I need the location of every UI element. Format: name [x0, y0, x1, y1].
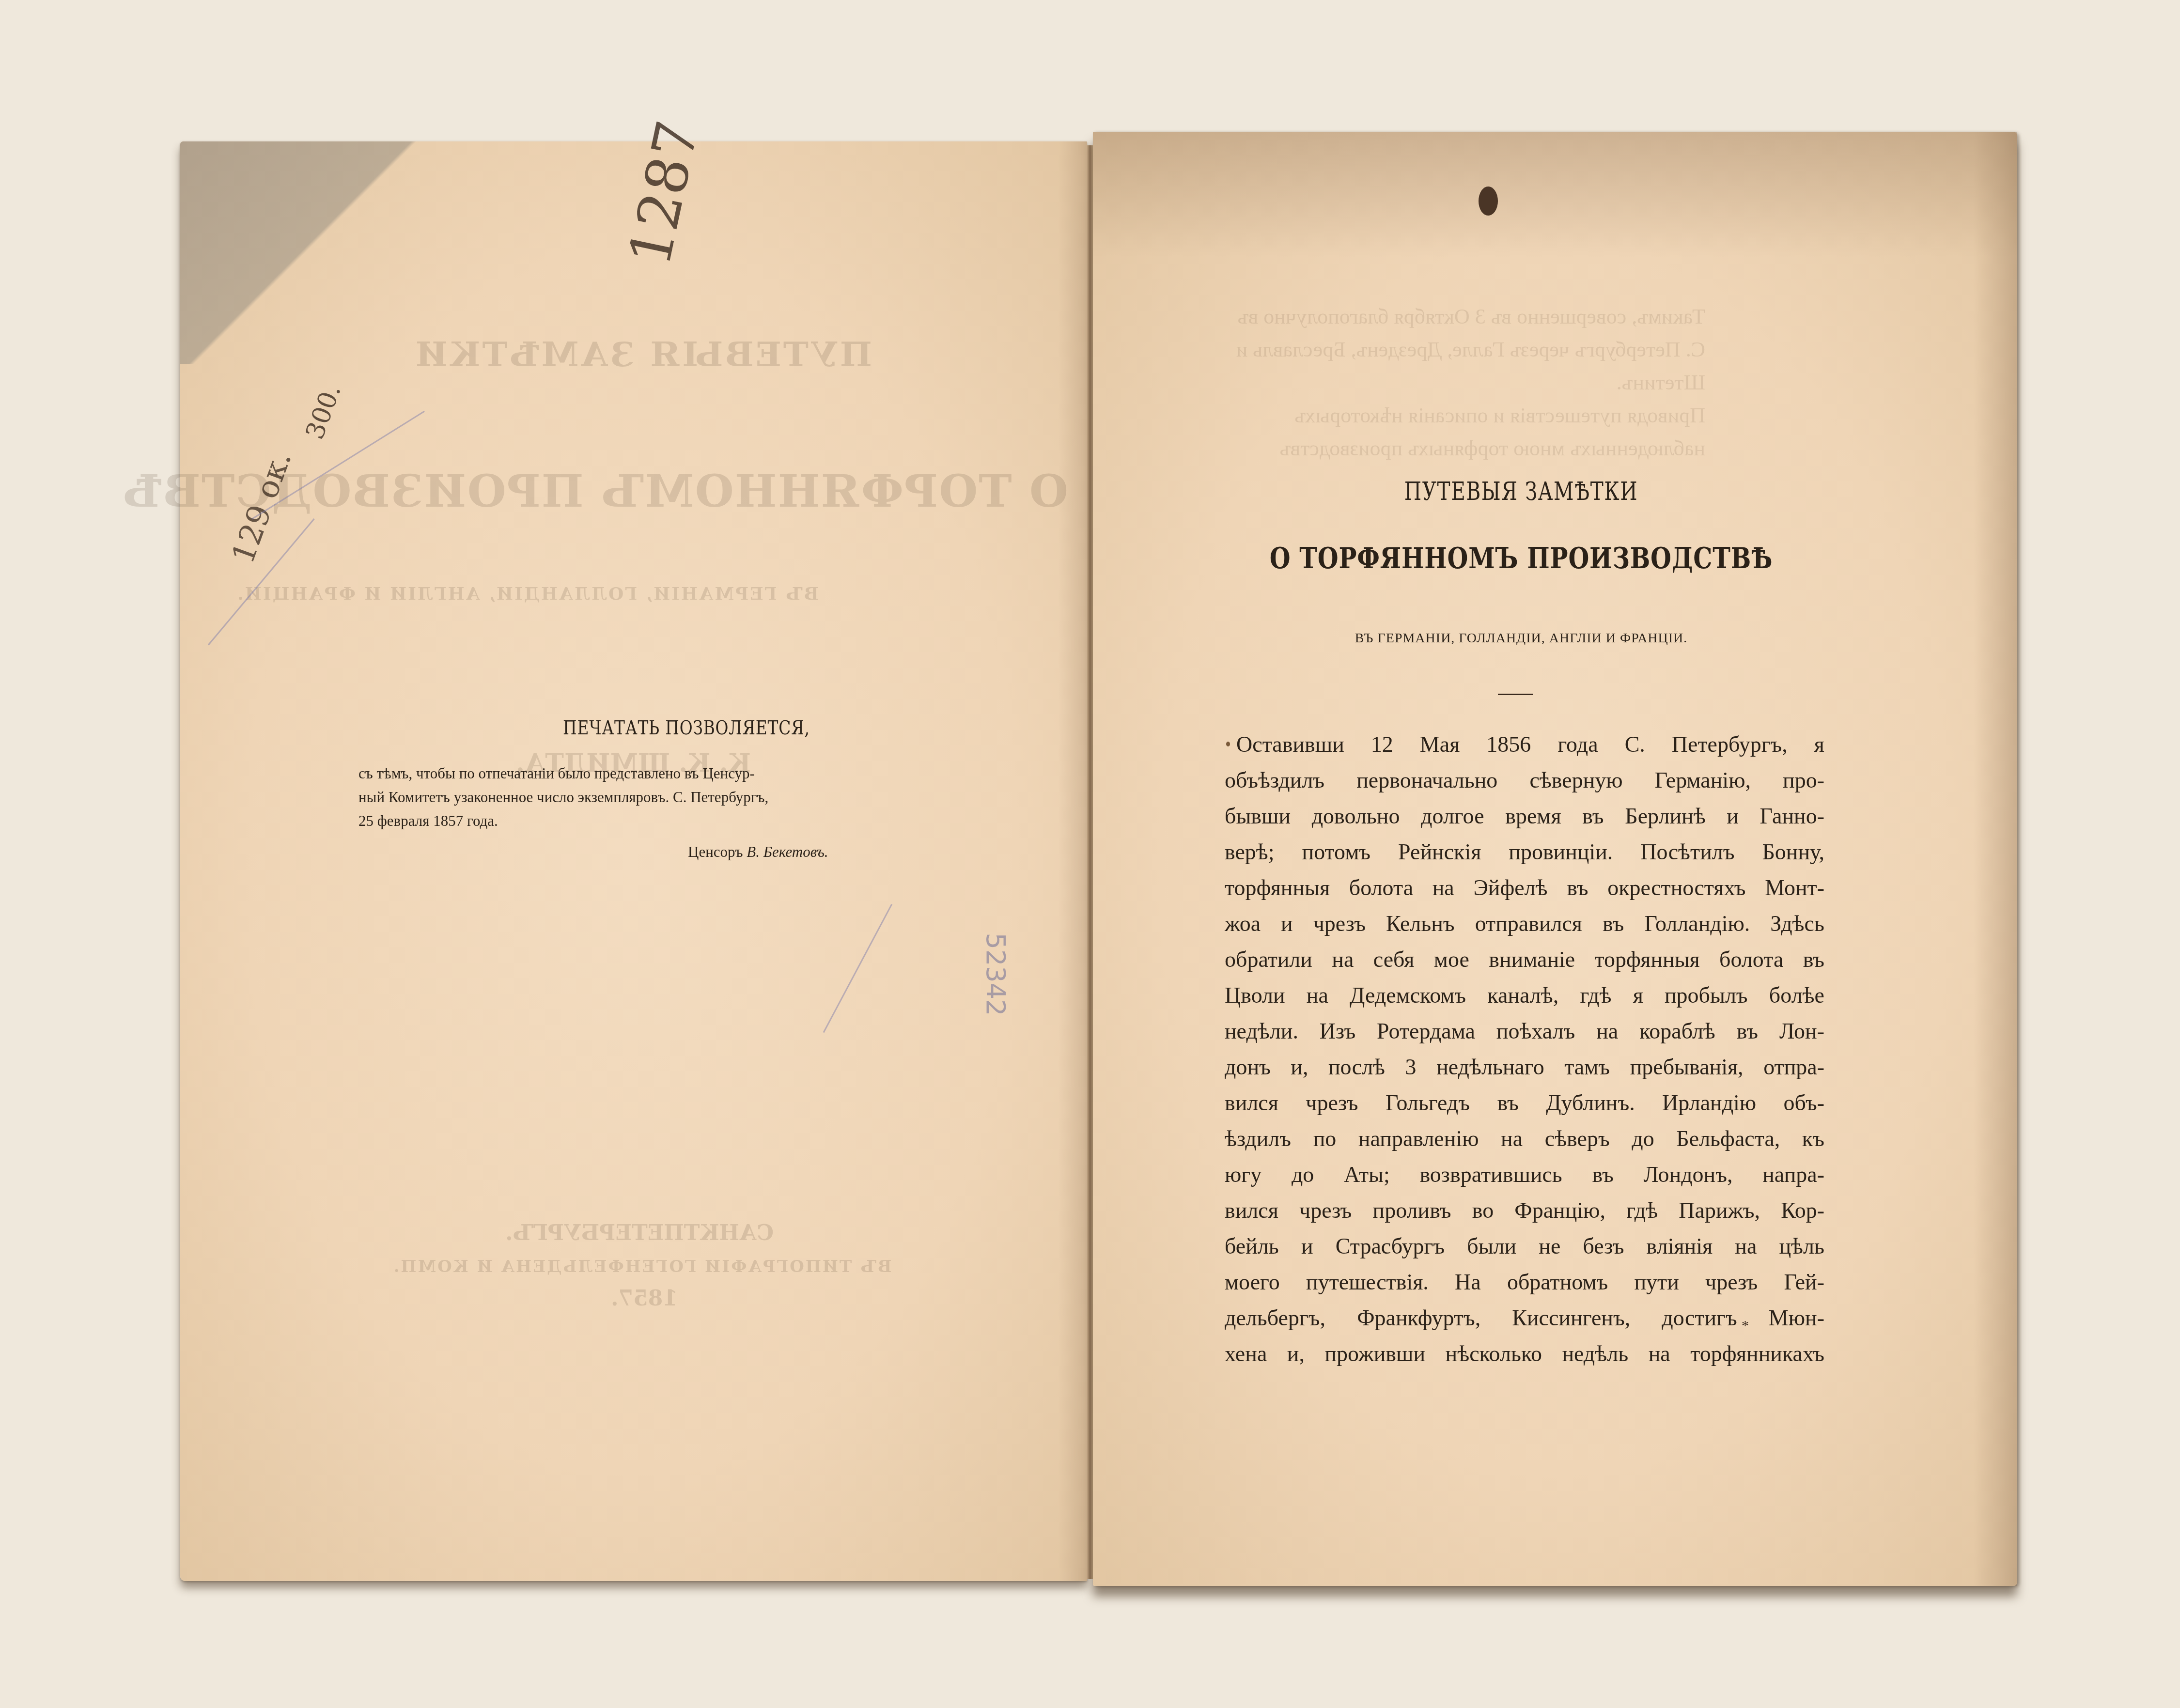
page-title-line1: ПУТЕВЫЯ ЗАМѢТКИ — [1287, 477, 1755, 506]
show-through-year: 1857. — [591, 1286, 698, 1311]
body-line: обратили на себя мое вниманіе торфянныя … — [1225, 942, 1824, 978]
body-line: вился чрезъ Гольгедъ въ Дублинъ. Ирланді… — [1225, 1085, 1824, 1121]
body-line: бейль и Страсбургъ были не безъ вліянія … — [1225, 1228, 1824, 1264]
censor-approval: ПЕЧАТАТЬ ПОЗВОЛЯЕТСЯ, съ тѣмъ, чтобы по … — [358, 717, 979, 861]
show-through-line: Такимъ, совершенно въ 3 Октября благопол… — [1221, 300, 1705, 333]
book-gutter — [1087, 145, 1093, 1579]
body-line: Оставивши 12 Мая 1856 года С. Петербургъ… — [1225, 727, 1824, 762]
body-line: объѣздилъ первоначально сѣверную Германі… — [1225, 762, 1824, 798]
ink-blot — [1479, 186, 1498, 216]
book-spread: ПУТЕВЫЯ ЗАМѢТКИ О ТОРФЯННОМЪ ПРОИЗВОДСТВ… — [0, 0, 2180, 1708]
body-line: югу до Аты; возвратившись въ Лондонъ, на… — [1225, 1157, 1824, 1193]
page-subtitle: ВЪ ГЕРМАНІИ, ГОЛЛАНДІИ, АНГЛІИ И ФРАНЦІИ… — [1221, 631, 1822, 646]
show-through-city: САНКТПЕТЕРБУРГЪ. — [504, 1221, 775, 1245]
body-line: вился чрезъ проливъ во Францію, гдѣ Пари… — [1225, 1193, 1824, 1228]
censor-signature: Ценсоръ В. Бекетовъ. — [358, 843, 979, 861]
body-line: ѣздилъ по направленію на сѣверъ до Бельф… — [1225, 1121, 1824, 1157]
body-line: бывши довольно долгое время въ Берлинѣ и… — [1225, 798, 1824, 834]
censor-signature-prefix: Ценсоръ — [688, 843, 743, 860]
body-line: моего путешествія. На обратномъ пути чре… — [1225, 1264, 1824, 1300]
show-through-line: Штетинъ. — [1221, 366, 1705, 399]
censor-heading: ПЕЧАТАТЬ ПОЗВОЛЯЕТСЯ, — [414, 717, 923, 739]
show-through-line: Приводя путешествія и описанія нѣкоторых… — [1221, 399, 1705, 432]
body-line: торфянныя болота на Эйфелѣ въ окрестност… — [1225, 870, 1824, 906]
body-line: хена и, проживши нѣсколько недѣль на тор… — [1225, 1336, 1824, 1372]
show-through-text: Такимъ, совершенно въ 3 Октября благопол… — [1221, 300, 1705, 465]
show-through-subtitle: ВЪ ГЕРМАНІИ, ГОЛЛАНДІИ, АНГЛІИ И ФРАНЦІИ… — [451, 584, 819, 604]
censor-line: съ тѣмъ, чтобы по отпечатаніи было предс… — [358, 761, 959, 785]
body-text: Оставивши 12 Мая 1856 года С. Петербургъ… — [1225, 727, 1824, 1372]
show-through-title-line2: О ТОРФЯННОМЪ ПРОИЗВОДСТВѢ — [361, 465, 1068, 517]
body-line: жоа и чрезъ Кельнъ отправился въ Голланд… — [1225, 906, 1824, 942]
page-title-line2: О ТОРФЯННОМЪ ПРОИЗВОДСТВѢ — [1255, 542, 1788, 575]
body-line: донъ и, послѣ 3 недѣльнаго тамъ пребыван… — [1225, 1049, 1824, 1085]
censor-line: ный Комитетъ узаконенное число экземпляр… — [358, 785, 959, 809]
censor-line: 25 февраля 1857 года. — [358, 809, 959, 833]
body-line: Цволи на Дедемскомъ каналѣ, гдѣ я пробыл… — [1225, 978, 1824, 1013]
show-through-press: ВЪ ТИПОГРАФІИ ГОГЕНФЕЛЬДЕНА И КОМП. — [339, 1257, 945, 1276]
censor-signature-name: В. Бекетовъ. — [747, 843, 828, 860]
show-through-line: наблюденныхъ мною торфяныхъ производствъ — [1221, 432, 1705, 465]
signature-mark: * — [1742, 1318, 1749, 1334]
censor-text: съ тѣмъ, чтобы по отпечатаніи было предс… — [358, 761, 959, 833]
body-line: дельбергъ, Франкфуртъ, Киссингенъ, дости… — [1225, 1300, 1824, 1336]
corner-stain — [180, 141, 471, 364]
show-through-title-line1: ПУТЕВЫЯ ЗАМѢТКИ — [484, 334, 872, 374]
pencil-inventory-number: 52342 — [981, 933, 1011, 1016]
title-divider — [1498, 694, 1533, 695]
body-line: верѣ; потомъ Рейнскія провинціи. Посѣтил… — [1225, 834, 1824, 870]
body-line: недѣли. Изъ Ротердама поѣхалъ на кораблѣ… — [1225, 1013, 1824, 1049]
show-through-line: С. Петербургъ черезъ Галле, Дрезденъ, Бр… — [1221, 333, 1705, 366]
